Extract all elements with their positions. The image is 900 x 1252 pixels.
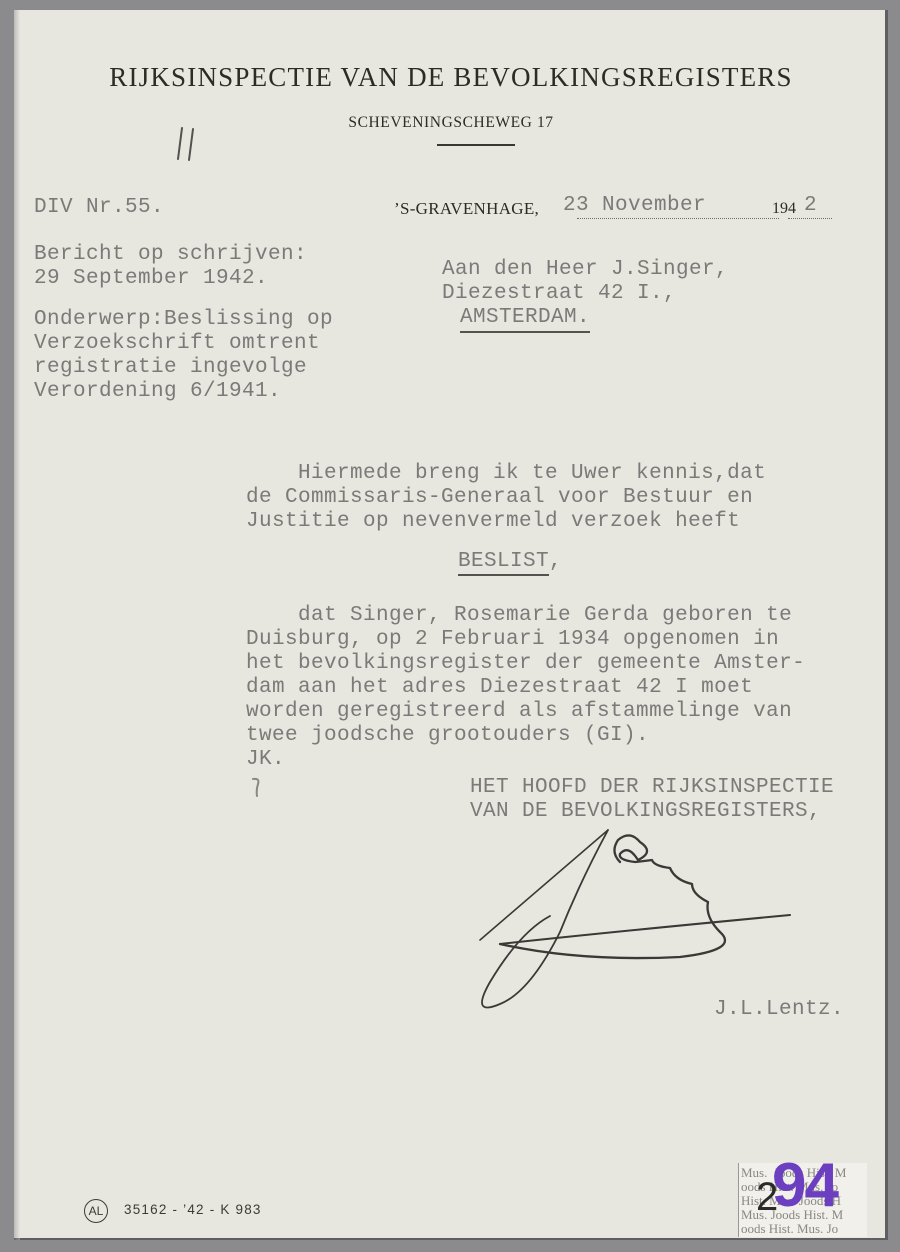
recipient-name: Aan den Heer J.Singer,	[442, 258, 728, 282]
subject-line: registratie ingevolge	[34, 356, 307, 380]
printer-code: 35162 - ’42 - K 983	[124, 1202, 262, 1217]
recipient-street: Diezestraat 42 I.,	[442, 282, 676, 306]
dateline-place: ’S-GRAVENHAGE,	[394, 199, 539, 219]
document-page: RIJKSINSPECTIE VAN DE BEVOLKINGSREGISTER…	[14, 10, 888, 1240]
subject-line: Verordening 6/1941.	[34, 380, 281, 404]
decision-comma: ,	[549, 550, 562, 573]
reply-to-date: 29 September 1942.	[34, 267, 268, 291]
decision-line: het bevolkingsregister der gemeente Amst…	[246, 652, 805, 676]
typist-initials: JK.	[246, 748, 285, 772]
signature-title-line: HET HOOFD DER RIJKSINSPECTIE	[470, 776, 834, 800]
decision-line: Duisburg, op 2 Februari 1934 opgenomen i…	[246, 628, 779, 652]
handwritten-mark-icon	[176, 126, 196, 162]
pencil-mark-icon	[250, 776, 264, 798]
decision-line: twee joodsche grootouders (GI).	[246, 724, 649, 748]
body-line: de Commissaris-Generaal voor Bestuur en	[246, 486, 753, 510]
letterhead-rule	[437, 144, 515, 146]
recipient-city: AMSTERDAM.	[460, 306, 590, 333]
stamp-line: oods Hist. Mus. Jo	[741, 1221, 838, 1237]
archive-number-marker: 94	[772, 1150, 837, 1221]
dateline-day-month: 23 November	[563, 194, 706, 218]
decision-word: BESLIST	[458, 550, 549, 576]
signature-title-line: VAN DE BEVOLKINGSREGISTERS,	[470, 800, 821, 824]
printer-logo-icon: AL	[84, 1199, 108, 1223]
decision-line: worden geregistreerd als afstammelinge v…	[246, 700, 792, 724]
letterhead-address: SCHEVENINGSCHEWEG 17	[14, 114, 888, 132]
decision-line: dam aan het adres Diezestraat 42 I moet	[246, 676, 753, 700]
year-dotted-line	[788, 218, 832, 219]
reply-to-label: Bericht op schrijven:	[34, 243, 307, 267]
subject-line: Verzoekschrift omtrent	[34, 332, 320, 356]
body-line: Hiermede breng ik te Uwer kennis,dat	[246, 462, 766, 486]
dateline-year-printed: 194	[772, 200, 796, 218]
decision-line: dat Singer, Rosemarie Gerda geboren te	[246, 604, 792, 628]
dateline-year-typed: 2	[804, 194, 817, 218]
subject-line: Onderwerp:Beslissing op	[34, 308, 333, 332]
body-line: Justitie op nevenvermeld verzoek heeft	[246, 510, 740, 534]
letterhead-title: RIJKSINSPECTIE VAN DE BEVOLKINGSREGISTER…	[14, 62, 888, 93]
decision-heading: BESLIST,	[458, 550, 562, 574]
date-dotted-line	[577, 218, 779, 219]
signatory-name: J.L.Lentz.	[714, 998, 844, 1022]
handwritten-signature-icon	[460, 822, 820, 1022]
reference-number: DIV Nr.55.	[34, 196, 164, 220]
